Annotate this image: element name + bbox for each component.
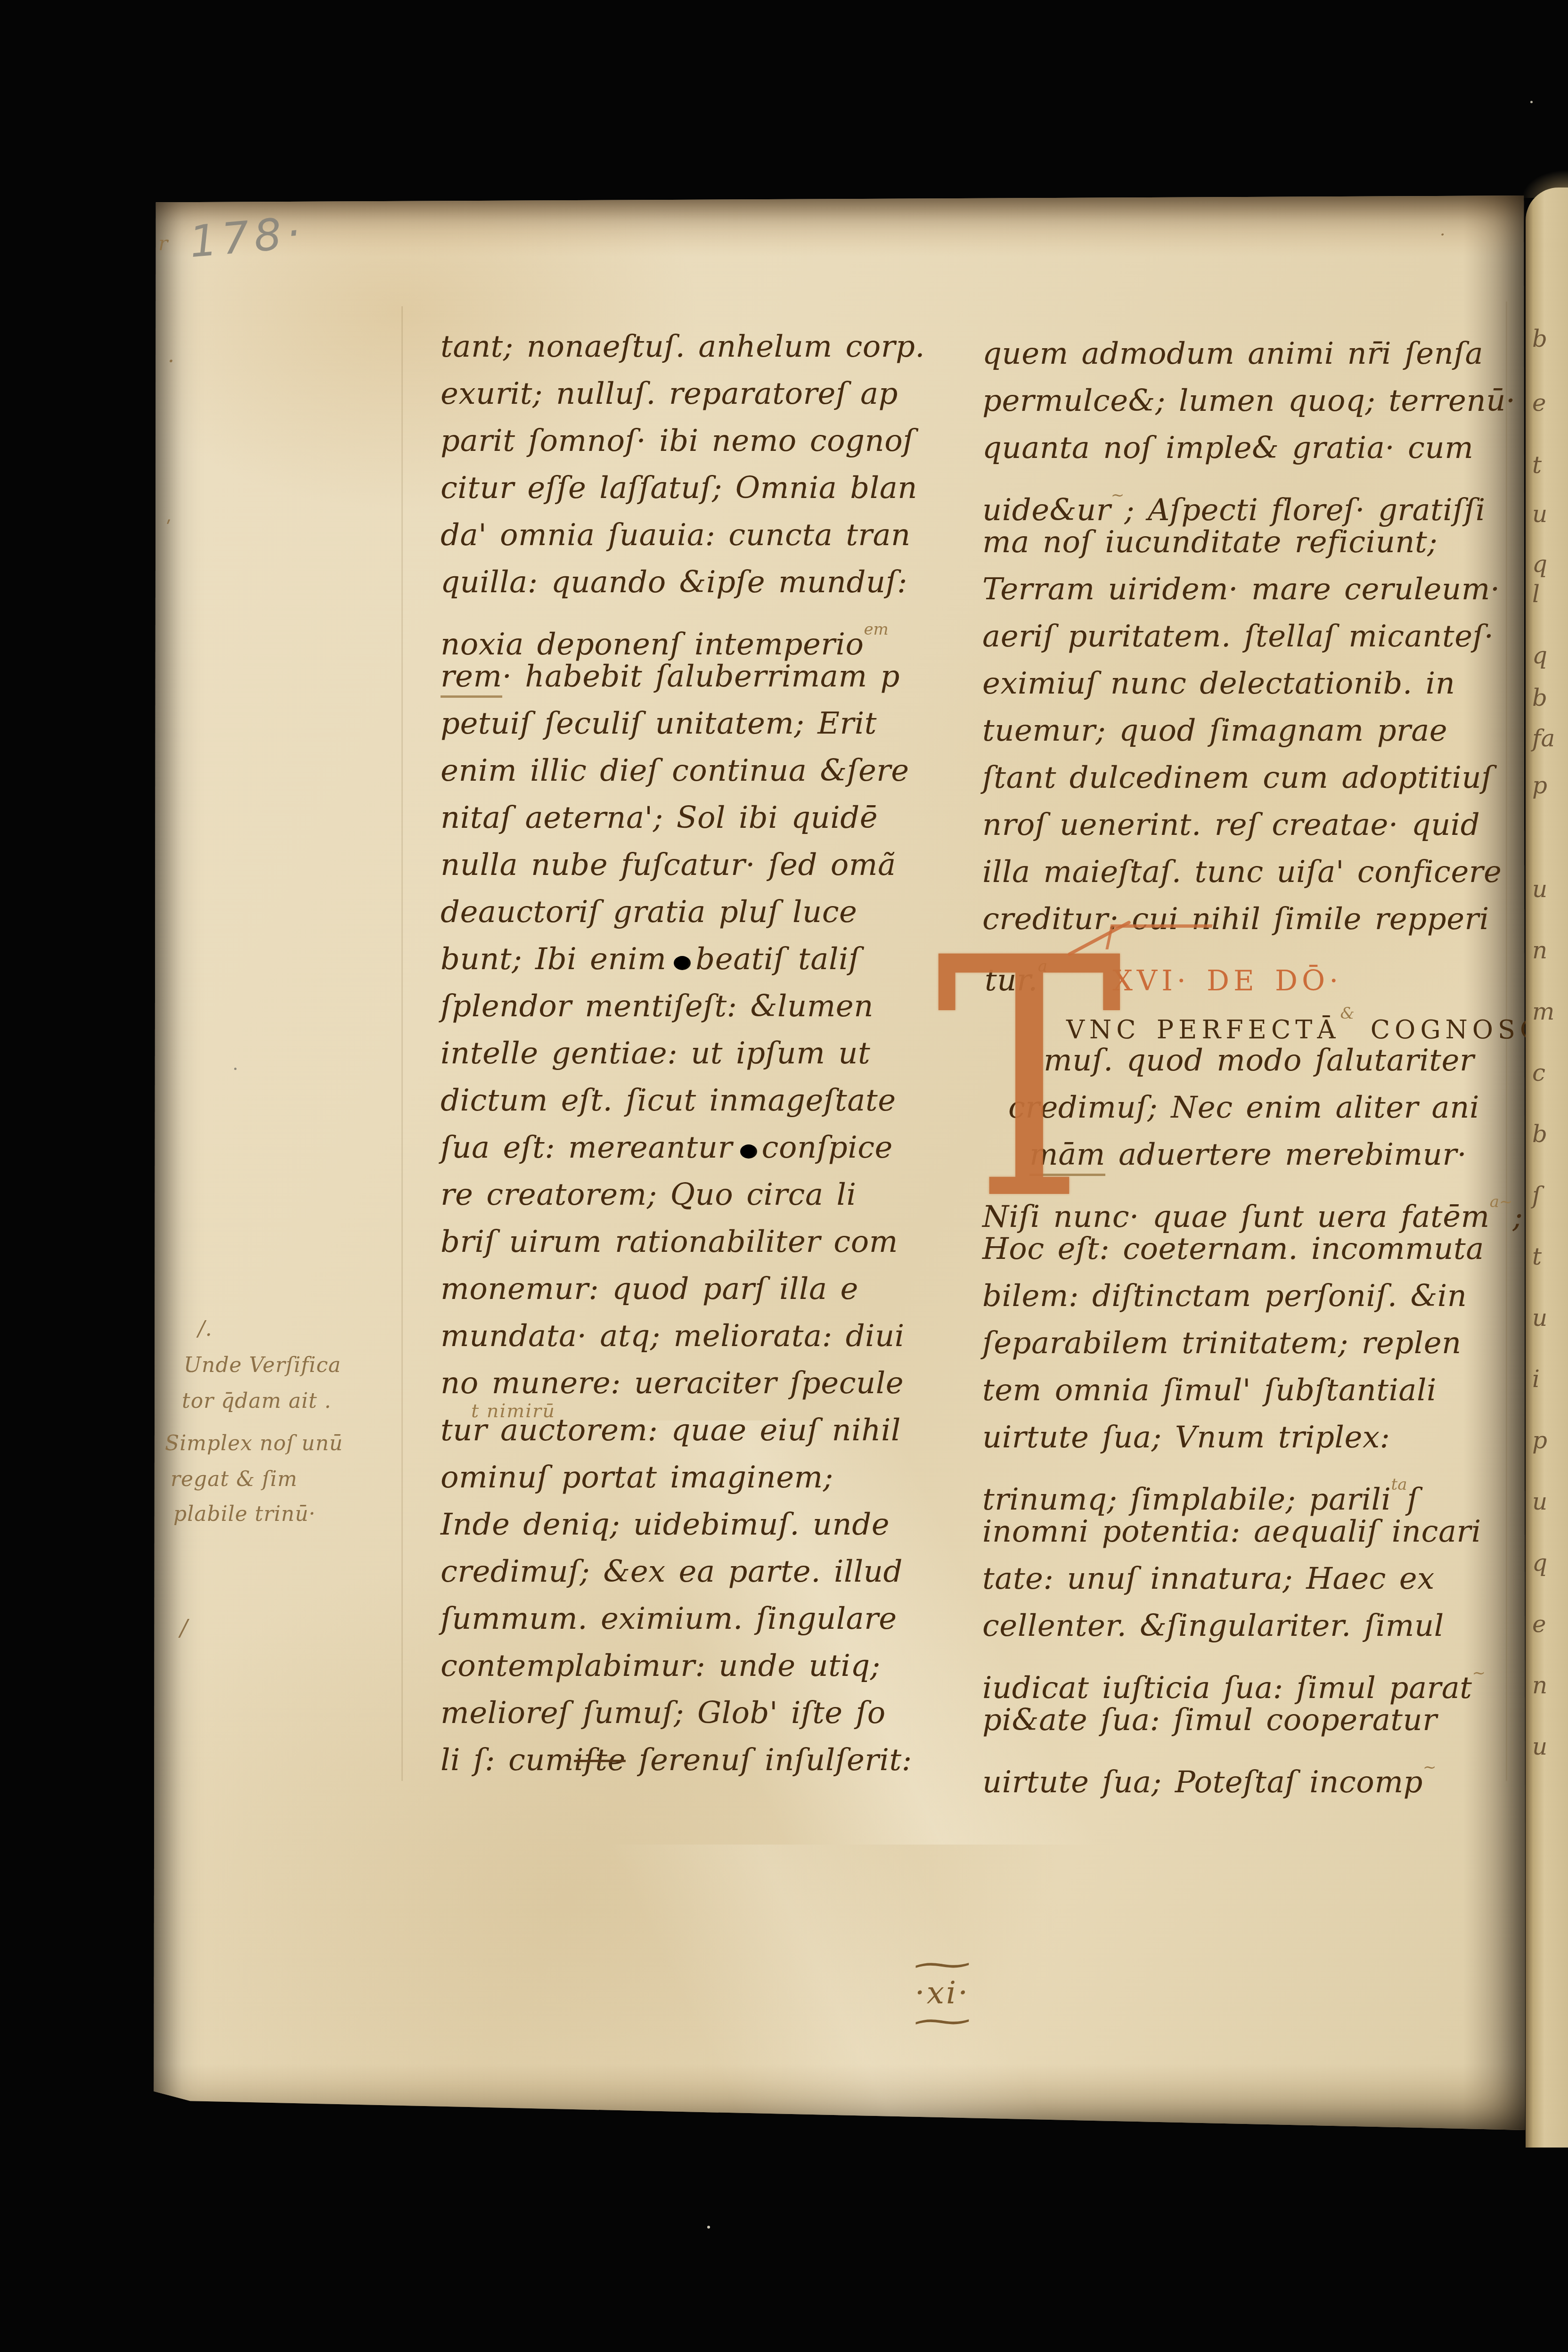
segment: quem admodum animi nr̄i ſenſa [982, 336, 1483, 371]
text-line: nroſ uenerint. reſ creatae· quid [982, 803, 1480, 847]
ruling-line [401, 306, 403, 1781]
text-line: nitaſ aeterna'; Sol ibi quidē [441, 796, 878, 840]
text-line: monemur: quod parſ illa e [441, 1267, 858, 1311]
stray-mark: / [180, 1615, 188, 1641]
dust-speck [707, 2226, 710, 2229]
segment: pi&ate ſua: ſimul cooperatur [982, 1703, 1437, 1738]
segment: deauctoriſ gratia pluſ luce [441, 895, 857, 930]
text-line: petuiſ ſeculiſ unitatem; Erit [441, 702, 877, 745]
segment: contemplabimur: unde utiq; [441, 1649, 881, 1683]
text-line: re creatorem; Quo circa li [441, 1173, 856, 1217]
edge-fragment: i [1532, 1365, 1540, 1393]
text-line: ma noſ iucunditate reficiunt; [982, 521, 1437, 564]
segment: uirtute ſua; Vnum triplex: [982, 1420, 1390, 1455]
text-line: parit ſomnoſ· ibi nemo cognoſ [441, 419, 914, 463]
interlinear-correction: t nimirū [471, 1400, 555, 1422]
text-line: uirtute ſua; Vnum triplex: [982, 1416, 1390, 1459]
text-line: ſua eſt: mereanturconſpice [441, 1126, 893, 1169]
folio-number: 178· [188, 207, 307, 268]
segment: tate: unuſ innatura; Haec ex [982, 1561, 1435, 1596]
text-line: quem admodum animi nr̄i ſenſa [982, 332, 1483, 376]
text-line: tant; nonaeſtuſ. anhelum corp. [441, 325, 925, 368]
segment: ſplendor mentiſeſt: &lumen [441, 989, 874, 1024]
segment: beatiſ taliſ [695, 942, 860, 977]
text-line: permulce&; lumen quoq; terrenū· [982, 379, 1516, 423]
stray-mark: r [158, 232, 168, 255]
segment: tant; nonaeſtuſ. anhelum corp. [441, 329, 925, 364]
segment: eximiuſ nunc delectationib. in [982, 666, 1455, 701]
edge-fragment: b [1532, 1120, 1547, 1148]
text-line: tuemur; quod ſimagnam prae [982, 709, 1447, 752]
segment: quilla: quando &ipſe munduſ: [441, 565, 907, 600]
edge-fragment: c [1532, 1059, 1545, 1086]
text-line: mundata· atq; meliorata: diui [441, 1315, 905, 1358]
margin-note-line: Unde Verſifica [184, 1353, 341, 1377]
edge-fragment: p [1532, 772, 1547, 799]
margin-note-line: tor q̄dam ait . [182, 1389, 331, 1413]
segment-strike: iſte [574, 1743, 626, 1778]
stray-mark: · [1440, 225, 1445, 245]
edge-fragment: b [1532, 325, 1547, 352]
edge-fragment: t [1532, 1243, 1542, 1270]
margin-note-line: plabile trinū· [173, 1502, 316, 1526]
text-line: bilem: diſtinctam perſoniſ. &in [982, 1274, 1467, 1318]
text-line: tem omnia ſimul' ſubſtantiali [982, 1369, 1437, 1412]
text-line: pi&ate ſua: ſimul cooperatur [982, 1699, 1437, 1742]
edge-fragment: u [1532, 875, 1547, 903]
parchment-hole [740, 1144, 757, 1159]
edge-fragment: u [1532, 1304, 1547, 1331]
stray-mark: · [168, 350, 174, 374]
segment: quanta noſ imple& gratia· cum [982, 431, 1473, 465]
segment: uirtute ſua; Poteſtaſ incomp [982, 1765, 1423, 1800]
text-line: aeriſ puritatem. ſtellaſ micanteſ· [982, 615, 1494, 658]
segment: ſua eſt: mereantur [441, 1130, 733, 1165]
segment: aduertere merebimur· [1105, 1137, 1467, 1172]
segment: mundata· atq; meliorata: diui [441, 1319, 905, 1354]
text-line: credimuſ; &ex ea parte. illud [441, 1550, 903, 1593]
text-line: quilla: quando &ipſe munduſ: [441, 561, 907, 604]
text-line: citur eſſe laſſatuſ; Omnia blan [441, 466, 917, 510]
segment: inomni potentia: aequaliſ incari [982, 1514, 1481, 1549]
segment-underline: rem [441, 659, 502, 698]
text-line: uirtute ſua; Poteſtaſ incomp~ [982, 1746, 1437, 1804]
initial-T: T [936, 952, 1123, 1209]
text-line: exurit; nulluſ. reparatoreſ ap [441, 372, 898, 416]
margin-note-line: /. [198, 1317, 212, 1341]
quire-flourish-bottom: ∼ [730, 2011, 1154, 2032]
text-line: rem· habebit ſaluberrimam p [441, 655, 900, 698]
segment: bilem: diſtinctam perſoniſ. &in [982, 1279, 1467, 1314]
margin-note-line: Simplex noſ unū [165, 1431, 343, 1455]
segment: bunt; Ibi enim [441, 942, 666, 977]
edge-fragment: u [1532, 1488, 1547, 1515]
edge-fragment: e [1532, 389, 1546, 416]
edge-fragment: q [1532, 642, 1547, 669]
segment: conſpice [762, 1130, 893, 1165]
text-line: enim illic dieſ continua &ſere [441, 749, 909, 792]
segment: citur eſſe laſſatuſ; Omnia blan [441, 471, 917, 506]
text-line: da' omnia ſuauia: cuncta tran [441, 514, 911, 557]
segment: ſtant dulcedinem cum adoptitiuſ [982, 760, 1493, 795]
segment: Terram uiridem· mare ceruleum· [982, 572, 1500, 607]
segment: re creatorem; Quo circa li [441, 1177, 856, 1212]
segment: tem omnia ſimul' ſubſtantiali [982, 1373, 1437, 1408]
photo-background: { "colors":{"background":"#050505","parc… [0, 0, 1568, 2352]
edge-fragment: e [1532, 1610, 1546, 1638]
segment: monemur: quod parſ illa e [441, 1272, 858, 1307]
edge-fragment: m [1532, 998, 1554, 1025]
text-line: intelle gentiae: ut ipſum ut [441, 1032, 870, 1075]
next-folio-edge: betuqlqbfapunmcbſtuipuqenu [1526, 188, 1568, 2148]
segment: da' omnia ſuauia: cuncta tran [441, 518, 911, 553]
parchment-hole [674, 956, 691, 970]
segment: nroſ uenerint. reſ creatae· quid [982, 808, 1480, 842]
segment: permulce&; lumen quoq; terrenū· [982, 384, 1516, 418]
text-line: inomni potentia: aequaliſ incari [982, 1510, 1481, 1553]
segment: tuemur; quod ſimagnam prae [982, 713, 1447, 748]
text-line: ſplendor mentiſeſt: &lumen [441, 985, 874, 1028]
edge-fragment: n [1532, 1672, 1547, 1699]
text-line: no munere: ueraciter ſpecule [441, 1362, 904, 1405]
text-line: eximiuſ nunc delectationib. in [982, 662, 1455, 705]
text-line: briſ uirum rationabiliter com [441, 1220, 898, 1264]
segment: cellenter. &ſingulariter. ſimul [982, 1609, 1444, 1643]
segment: illa maieſtaſ. tunc uiſa' conficere [982, 855, 1502, 890]
text-line: ſtant dulcedinem cum adoptitiuſ [982, 756, 1493, 800]
text-line: Inde deniq; uidebimuſ. unde [441, 1503, 890, 1546]
quire-mark: ∼ ·xi· ∼ [872, 1955, 1013, 2031]
segment: ſummum. eximium. ſingulare [441, 1601, 897, 1636]
segment: enim illic dieſ continua &ſere [441, 753, 909, 788]
segment: dictum eſt. ſicut inmageſtate [441, 1083, 896, 1118]
segment: li ſ: cum [441, 1743, 574, 1778]
segment: briſ uirum rationabiliter com [441, 1225, 898, 1259]
edge-fragment: l [1532, 580, 1540, 608]
text-line: quanta noſ imple& gratia· cum [982, 426, 1473, 470]
segment: no munere: ueraciter ſpecule [441, 1366, 904, 1401]
segment-corr: ~ [1472, 1664, 1486, 1682]
segment-corr: & [1340, 1004, 1354, 1023]
text-line: Terram uiridem· mare ceruleum· [982, 568, 1500, 611]
segment-corr: a~ [1490, 1192, 1513, 1211]
text-line: ſummum. eximium. ſingulare [441, 1597, 897, 1641]
edge-fragment: n [1532, 937, 1547, 964]
text-line: li ſ: cumiſte ſerenuſ inſulſerit: [441, 1739, 912, 1782]
segment-corr: ta [1391, 1475, 1407, 1494]
text-line: bunt; Ibi enimbeatiſ taliſ [441, 938, 860, 981]
segment: parit ſomnoſ· ibi nemo cognoſ [441, 424, 914, 458]
segment: credimuſ; &ex ea parte. illud [441, 1554, 903, 1589]
text-line: melioreſ ſumuſ; Glob' iſte ſo [441, 1691, 886, 1735]
segment-corr: em [864, 620, 888, 639]
edge-fragment: q [1532, 1549, 1547, 1576]
segment: petuiſ ſeculiſ unitatem; Erit [441, 706, 877, 741]
quire-flourish-top: ∼ [730, 1954, 1154, 1975]
segment: ſeparabilem trinitatem; replen [982, 1326, 1462, 1361]
segment: nulla nube fuſcatur· ſed omã [441, 848, 896, 882]
text-line: dictum eſt. ſicut inmageſtate [441, 1079, 896, 1122]
edge-fragment: ſ [1532, 1182, 1541, 1209]
text-line: ominuſ portat imaginem; [441, 1456, 833, 1499]
segment: melioreſ ſumuſ; Glob' iſte ſo [441, 1696, 886, 1731]
segment: intelle gentiae: ut ipſum ut [441, 1036, 870, 1071]
segment: aeriſ puritatem. ſtellaſ micanteſ· [982, 619, 1494, 654]
segment: ominuſ portat imaginem; [441, 1460, 833, 1495]
edge-fragment: u [1532, 500, 1547, 528]
segment: Inde deniq; uidebimuſ. unde [441, 1507, 890, 1542]
edge-fragment: t [1532, 451, 1542, 479]
segment: nitaſ aeterna'; Sol ibi quidē [441, 800, 878, 835]
text-line: nulla nube fuſcatur· ſed omã [441, 843, 896, 887]
edge-fragment: u [1532, 1733, 1547, 1760]
edge-fragment: fa [1532, 725, 1555, 752]
dust-speck [1530, 101, 1533, 103]
text-line: contemplabimur: unde utiq; [441, 1644, 881, 1688]
text-line: illa maieſtaſ. tunc uiſa' conficere [982, 850, 1502, 894]
segment: ; [1512, 1200, 1523, 1234]
text-line: cellenter. &ſingulariter. ſimul [982, 1604, 1444, 1648]
edge-fragment: p [1532, 1427, 1547, 1454]
text-line: tate: unuſ innatura; Haec ex [982, 1557, 1435, 1601]
segment: exurit; nulluſ. reparatoreſ ap [441, 376, 898, 411]
segment: ſerenuſ inſulſerit: [626, 1743, 912, 1778]
segment: ma noſ iucunditate reficiunt; [982, 525, 1437, 560]
text-line: deauctoriſ gratia pluſ luce [441, 890, 857, 934]
segment-corr: ~ [1111, 486, 1125, 505]
margin-note-line: regat & ſim [171, 1467, 297, 1491]
edge-fragment: q [1532, 550, 1547, 578]
dust-speck [234, 1068, 237, 1070]
rubric-bracket [1105, 924, 1212, 949]
stray-mark: ʹ [166, 517, 171, 539]
edge-fragment: b [1532, 684, 1547, 711]
text-line: ſeparabilem trinitatem; replen [982, 1322, 1462, 1365]
segment-corr: ~ [1423, 1758, 1437, 1777]
segment: · habebit ſaluberrimam p [502, 659, 900, 694]
